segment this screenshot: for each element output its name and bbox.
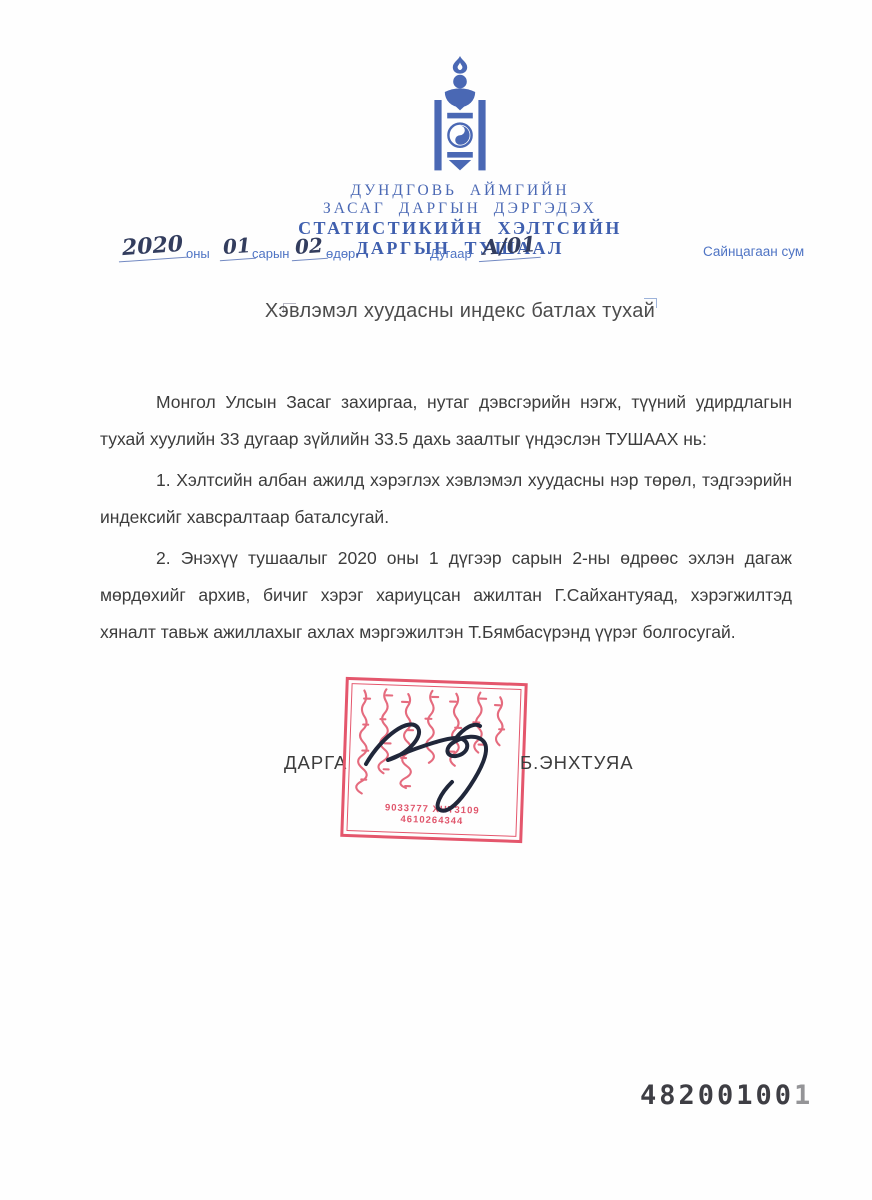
signer-position-label: ДАРГА xyxy=(284,752,347,774)
serial-last-digit: 1 xyxy=(794,1080,813,1111)
day-handwritten: 02 xyxy=(290,233,328,261)
year-handwritten: 2020 xyxy=(117,232,188,263)
signer-name: Б.ЭНХТУЯА xyxy=(520,752,634,774)
document-serial-number: 482001001 xyxy=(640,1080,813,1111)
year-label: оны xyxy=(186,246,210,261)
serial-main: 48200100 xyxy=(640,1080,794,1111)
org-name-line1: ДУНДГОВЬ АЙМГИЙН xyxy=(250,182,670,200)
doc-number-handwritten: А/01 xyxy=(477,232,541,262)
doc-number-label: Дугаар xyxy=(430,246,472,261)
soyombo-emblem-icon xyxy=(423,56,497,176)
org-name-line2: ЗАСАГ ДАРГЫН ДЭРГЭДЭХ xyxy=(250,200,670,218)
preamble-paragraph: Монгол Улсын Засаг захиргаа, нутаг дэвсг… xyxy=(100,384,792,458)
day-label: өдөр xyxy=(326,246,355,261)
corner-mark-right-icon xyxy=(644,298,657,308)
letterhead: ДУНДГОВЬ АЙМГИЙН ЗАСАГ ДАРГЫН ДЭРГЭДЭХ С… xyxy=(250,56,670,258)
date-number-row: 2020 оны 01 сарын 02 өдөр Дугаар А/01 Са… xyxy=(0,232,872,272)
signature-block: ДАРГА xyxy=(0,670,872,860)
signature-ink-icon xyxy=(352,698,527,828)
order-item-1: 1. Хэлтсийн албан ажилд хэрэглэх хэвлэмэ… xyxy=(100,462,792,536)
month-label: сарын xyxy=(252,246,289,261)
subject-title: Хэвлэмэл хуудасны индекс батлах тухай xyxy=(250,300,670,323)
location-label: Сайнцагаан сум xyxy=(703,244,804,259)
document-page: ДУНДГОВЬ АЙМГИЙН ЗАСАГ ДАРГЫН ДЭРГЭДЭХ С… xyxy=(0,0,872,1200)
order-item-2: 2. Энэхүү тушаалыг 2020 оны 1 дүгээр сар… xyxy=(100,540,792,651)
month-handwritten: 01 xyxy=(218,233,256,261)
